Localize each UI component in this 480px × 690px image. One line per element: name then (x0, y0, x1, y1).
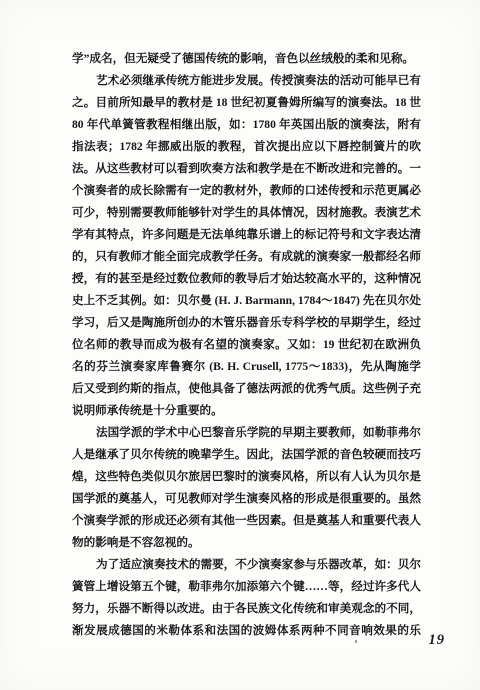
text-line: 学”成名，但无疑受了德国传统的影响，音色以丝绒般的柔和见称。 (72, 48, 421, 70)
body-text: 学”成名，但无疑受了德国传统的影响，音色以丝绒般的柔和见称。艺术必须继承传统方能… (72, 48, 421, 642)
paragraph: 法国学派的学术中心巴黎音乐学院的早期主要教师，如勒菲弗尔等人是继承了贝尔传统的晚… (72, 422, 421, 554)
text-line: 艺术必须继承传统方能进步发展。传授演奏法的活动可能早已有 (72, 70, 421, 92)
paragraph: 艺术必须继承传统方能进步发展。传授演奏法的活动可能早已有之。目前所知最早的教材是… (72, 70, 421, 422)
text-line: 指法表；1782 年挪威出版的教程，首次提出应以下唇控制簧片的吹奏方 (72, 136, 421, 158)
text-line: 簧管上增设第五个键，勒菲弗尔加添第六个键……等，经过许多代人的 (72, 576, 421, 598)
text-line: 后又受到约斯的指点，使他具备了德法两派的优秀气质。这些例子充分 (72, 378, 421, 400)
scan-speck (355, 640, 357, 643)
text-line: 的，只有教师才能全面完成教学任务。有成就的演奏家一般都经名师传 (72, 246, 421, 268)
text-line: 说明师承传统是十分重要的。 (72, 400, 421, 422)
text-line: 80 年代单簧管教程相继出版，如：1780 年英国出版的演奏法，附有插图及 (72, 114, 421, 136)
text-line: 法。从这些教材可以看到吹奏方法和教学是在不断改进和完善的。一 (72, 158, 421, 180)
text-line: 位名师的教导而成为极有名望的演奏家。又如：19 世纪初在欧洲负有盛 (72, 334, 421, 356)
text-line: 之。目前所知最早的教材是 18 世纪初夏鲁姆所编写的演奏法。18 世纪 (72, 92, 421, 114)
text-line: 可少，特别需要教师能够针对学生的具体情况，因材施教。表演艺术教 (72, 202, 421, 224)
text-line: 史上不乏其例。如：贝尔曼 (H. J. Barmann, 1784～1847) … (72, 290, 421, 312)
paragraph: 为了适应演奏技术的需要，不少演奏家参与乐器改革，如：贝尔在单簧管上增设第五个键，… (72, 554, 421, 642)
paragraph: 学”成名，但无疑受了德国传统的影响，音色以丝绒般的柔和见称。 (72, 48, 421, 70)
text-line: 法国学派的学术中心巴黎音乐学院的早期主要教师，如勒菲弗尔等 (72, 422, 421, 444)
text-line: 学习，后又是陶施所创办的木管乐器音乐专科学校的早期学生，经过两 (72, 312, 421, 334)
text-line: 物的影响是不容忽视的。 (72, 532, 421, 554)
text-line: 个演奏学派的形成还必须有其他一些因素。但是奠基人和重要代表人 (72, 510, 421, 532)
text-line: 人是继承了贝尔传统的晚辈学生。因此，法国学派的音色较硬而技巧辉 (72, 444, 421, 466)
page-number: 19 (429, 632, 446, 649)
text-line: 名的芬兰演奏家库鲁赛尔 (B. H. Crusell, 1775～1833)，先… (72, 356, 421, 378)
text-line: 煌，这些特色类似贝尔旅居巴黎时的演奏风格，所以有人认为贝尔是法 (72, 466, 421, 488)
text-line: 学有其特点，许多问题是无法单纯靠乐谱上的标记符号和文字表达清楚 (72, 224, 421, 246)
text-line: 渐发展成德国的米勒体系和法国的波姆体系两种不同音响效果的乐器。 (72, 620, 421, 642)
text-line: 为了适应演奏技术的需要，不少演奏家参与乐器改革，如：贝尔在单 (72, 554, 421, 576)
text-line: 国学派的奠基人，可见教师对学生演奏风格的形成是很重要的。虽然一 (72, 488, 421, 510)
book-page: 学”成名，但无疑受了德国传统的影响，音色以丝绒般的柔和见称。艺术必须继承传统方能… (0, 0, 480, 690)
text-line: 个演奏者的成长除需有一定的教材外，教师的口述传授和示范更属必不 (72, 180, 421, 202)
text-line: 努力，乐器不断得以改进。由于各民族文化传统和审美观念的不同，逐 (72, 598, 421, 620)
text-line: 授，有的甚至是经过数位教师的教导后才始达较高水平的，这种情况历 (72, 268, 421, 290)
